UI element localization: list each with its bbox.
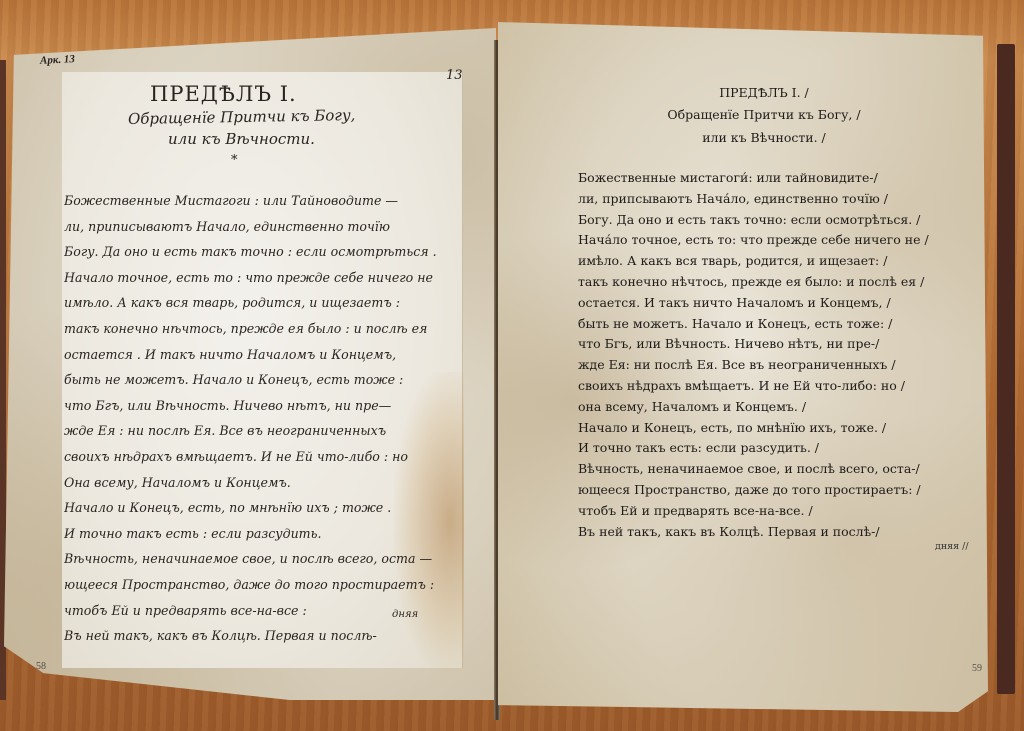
manuscript-line: Начало точное, есть то : что прежде себе… bbox=[64, 265, 460, 291]
transcription-line: такъ конечно нѣчтось, прежде ея было: и … bbox=[578, 272, 978, 293]
manuscript-subtitle-line2: или къ Вѣчности. bbox=[168, 130, 315, 148]
manuscript-line: Божественные Мистагоги : или Тайноводите… bbox=[64, 188, 460, 214]
transcription-line: быть не можетъ. Начало и Конецъ, есть то… bbox=[578, 314, 978, 335]
manuscript-line: И точно такъ есть : если разсудить. bbox=[64, 521, 460, 547]
manuscript-folio-number: 13 bbox=[446, 68, 463, 83]
manuscript-line: жде Ея : ни послѣ Ея. Все въ неограничен… bbox=[64, 418, 460, 444]
manuscript-line: Вѣчность, неначинаемое свое, и послѣ все… bbox=[64, 546, 460, 572]
transcription-line: она всему, Началомъ и Концемъ. / bbox=[578, 397, 978, 418]
book-cover-right-edge bbox=[997, 44, 1015, 694]
manuscript-line: Начало и Конецъ, есть, по мнѣнїю ихъ ; т… bbox=[64, 495, 460, 521]
page-number-right: 59 bbox=[972, 663, 982, 674]
manuscript-line: Въ ней такъ, какъ въ Колцѣ. Первая и пос… bbox=[64, 623, 460, 649]
manuscript-line: имѣло. А какъ вся тварь, родится, и ищез… bbox=[64, 290, 460, 316]
transcription-line: своихъ нѣдрахъ вмѣщаетъ. И не Ей что-либ… bbox=[578, 376, 978, 397]
manuscript-catchword: дняя bbox=[392, 609, 418, 620]
transcription-line: Вѣчность, неначинаемое свое, и послѣ все… bbox=[578, 459, 978, 480]
manuscript-title: ПРЕДѢЛЪ I. bbox=[150, 82, 297, 106]
transcription-line: ли, припсываютъ Нача́ло, единственно точ… bbox=[578, 189, 978, 210]
page-number-left: 58 bbox=[36, 661, 46, 672]
manuscript-line: Она всему, Началомъ и Концемъ. bbox=[64, 470, 460, 496]
transcription-text: Божественные мистагоги́: или тайновидите… bbox=[578, 168, 978, 542]
manuscript-line: Богу. Да оно и есть такъ точно : если ос… bbox=[64, 239, 460, 265]
manuscript-line: остается . И такъ ничто Началомъ и Конце… bbox=[64, 342, 460, 368]
transcription-line: чтобъ Ей и предварять все-на-все. / bbox=[578, 501, 978, 522]
transcription-line: Нача́ло точное, есть то: что прежде себе… bbox=[578, 230, 978, 251]
transcription-line: И точно такъ есть: если разсудить. / bbox=[578, 438, 978, 459]
transcription-subheading-2: или къ Вѣчности. / bbox=[574, 130, 954, 145]
transcription-line: жде Ея: ни послѣ Ея. Все въ неограниченн… bbox=[578, 355, 978, 376]
open-book: Арк. 13 13 ПРЕДѢЛЪ I. Обращенїе Притчи к… bbox=[0, 0, 1024, 731]
transcription-heading: ПРЕДѢЛЪ I. / bbox=[574, 85, 954, 100]
manuscript-line: ли, приписываютъ Начало, единственно точ… bbox=[64, 214, 460, 240]
manuscript-line: своихъ нѣдрахъ вмѣщаетъ. И не Ей что-либ… bbox=[64, 444, 460, 470]
transcription-line: Начало и Конецъ, есть, по мнѣнїю ихъ, то… bbox=[578, 418, 978, 439]
ornament-star-icon: * bbox=[231, 153, 238, 168]
manuscript-line: ющееся Пространство, даже до того прости… bbox=[64, 572, 460, 598]
transcription-line: остается. И такъ ничто Началомъ и Концем… bbox=[578, 293, 978, 314]
transcription-line: что Бгъ, или Вѣчность. Ничево нѣтъ, ни п… bbox=[578, 334, 978, 355]
manuscript-line: быть не можетъ. Начало и Конецъ, есть то… bbox=[64, 367, 460, 393]
transcription-line: имѣло. А какъ вся тварь, родится, и ищез… bbox=[578, 251, 978, 272]
transcription-catchword: дняя // bbox=[935, 541, 969, 552]
archive-label: Арк. 13 bbox=[40, 53, 76, 67]
transcription-subheading-1: Обращенїе Притчи къ Богу, / bbox=[574, 107, 954, 122]
manuscript-line: что Бгъ, или Вѣчность. Ничево нѣтъ, ни п… bbox=[64, 393, 460, 419]
transcription-line: Богу. Да оно и есть такъ точно: если осм… bbox=[578, 210, 978, 231]
manuscript-text: Божественные Мистагоги : или Тайноводите… bbox=[64, 188, 460, 649]
transcription-line: ющееся Пространство, даже до того прости… bbox=[578, 480, 978, 501]
manuscript-line: такъ конечно нѣчтось, прежде ея было : и… bbox=[64, 316, 460, 342]
transcription-line: Въ ней такъ, какъ въ Колцѣ. Первая и пос… bbox=[578, 522, 978, 543]
transcription-line: Божественные мистагоги́: или тайновидите… bbox=[578, 168, 978, 189]
